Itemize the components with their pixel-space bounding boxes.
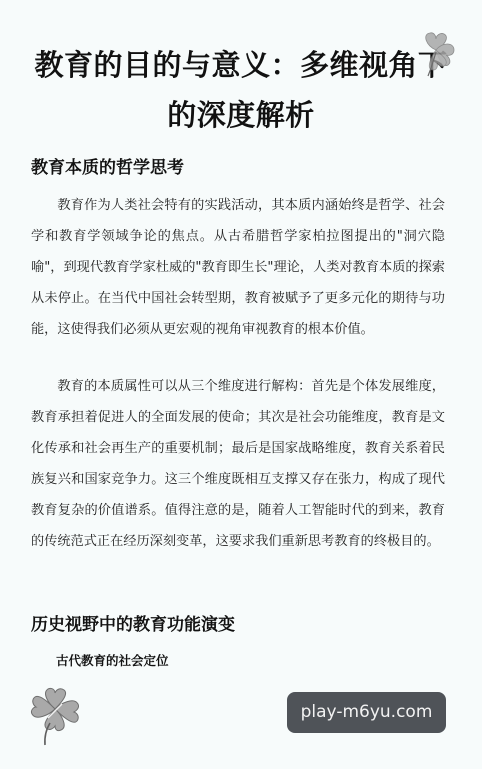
four-leaf-clover-icon (28, 685, 82, 747)
four-leaf-clover-icon (416, 30, 456, 82)
paragraph: 教育作为人类社会特有的实践活动，其本质内涵始终是哲学、社会学和教育学领域争论的焦… (31, 190, 445, 345)
document-page: 教育的目的与意义：多维视角下的深度解析 教育本质的哲学思考 教育作为人类社会特有… (0, 0, 482, 769)
section-heading: 教育本质的哲学思考 (31, 156, 184, 180)
subsection-heading: 古代教育的社会定位 (56, 652, 169, 670)
watermark-badge: play-m6yu.com (287, 692, 446, 733)
page-title: 教育的目的与意义：多维视角下的深度解析 (20, 40, 462, 140)
paragraph: 教育的本质属性可以从三个维度进行解构：首先是个体发展维度，教育承担着促进人的全面… (31, 371, 445, 557)
section-heading: 历史视野中的教育功能演变 (31, 613, 235, 637)
